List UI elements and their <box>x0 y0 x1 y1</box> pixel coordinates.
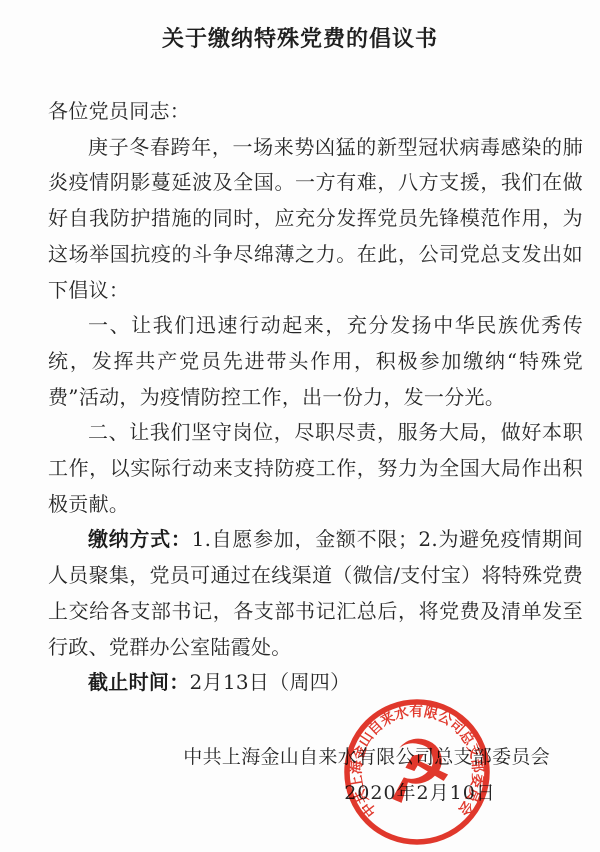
payment-method-label: 缴纳方式： <box>88 527 192 551</box>
deadline-paragraph: 截止时间：2月13日（周四） <box>48 665 583 701</box>
document-body: 各位党员同志： 庚子冬春跨年，一场来势凶猛的新型冠状病毒感染的肺炎疫情阴影蔓延波… <box>48 94 583 701</box>
signature-date: 2020年2月10日 <box>300 775 540 811</box>
payment-method-paragraph: 缴纳方式：1.自愿参加，金额不限；2.为避免疫情期间人员聚集，党员可通过在线渠道… <box>48 522 583 665</box>
paragraph-item-one: 一、让我们迅速行动起来，充分发扬中华民族优秀传统，发挥共产党员先进带头作用，积极… <box>48 308 583 415</box>
paragraph-intro: 庚子冬春跨年，一场来势凶猛的新型冠状病毒感染的肺炎疫情阴影蔓延波及全国。一方有难… <box>48 130 583 309</box>
deadline-value: 2月13日（周四） <box>190 670 351 694</box>
paragraph-item-two: 二、让我们坚守岗位，尽职尽责，服务大局，做好本职工作，以实际行动来支持防疫工作，… <box>48 415 583 522</box>
signature: 中共上海金山自来水有限公司总支部委员会 <box>0 739 550 775</box>
document-page: 关于缴纳特殊党费的倡议书 各位党员同志： 庚子冬春跨年，一场来势凶猛的新型冠状病… <box>0 0 600 852</box>
salutation: 各位党员同志： <box>48 94 583 130</box>
document-title: 关于缴纳特殊党费的倡议书 <box>0 22 600 53</box>
deadline-label: 截止时间： <box>88 670 190 694</box>
